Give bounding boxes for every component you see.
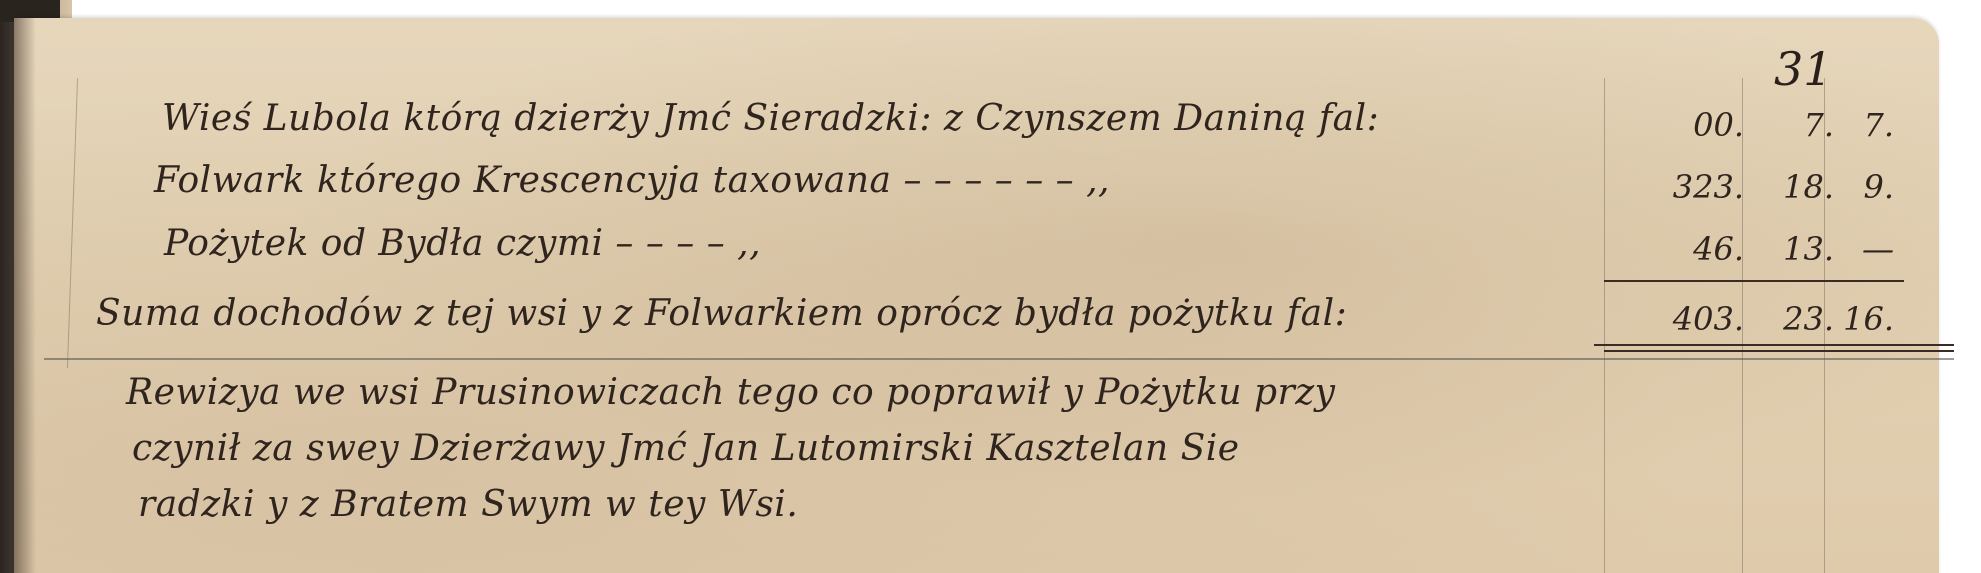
total-double-rule-1: [1594, 344, 1954, 346]
subtotal-rule: [1604, 280, 1904, 282]
narrative-line-1: Rewizya we wsi Prusinowiczach tego co po…: [126, 372, 1336, 413]
entry-line-2: Folwark którego Krescencyja taxowana – –…: [154, 160, 1110, 201]
total-amount-c: 16.: [1834, 300, 1894, 338]
page-gutter-shadow: [14, 18, 36, 573]
narrative-line-3: radzki y z Bratem Swym w tey Wsi.: [138, 484, 798, 525]
total-amount-b: 23.: [1764, 300, 1834, 338]
total-double-rule-2: [1604, 350, 1954, 352]
total-line: Suma dochodów z tej wsi y z Folwarkiem o…: [96, 293, 1347, 334]
entry-line-3: Pożytek od Bydła czymi – – – – ,,: [164, 223, 761, 264]
pencil-section-divider: [44, 358, 1954, 360]
entry-line-1: Wieś Lubola którą dzierży Jmć Sieradzki:…: [162, 98, 1379, 139]
folio-number: 31: [1774, 42, 1833, 96]
entry-3-amount-c: —: [1834, 230, 1894, 268]
entry-1-amount-a: 00.: [1634, 106, 1744, 144]
manuscript-page: 31 Wieś Lubola którą dzierży Jmć Sieradz…: [14, 18, 1939, 573]
pencil-column-rule-1: [1604, 78, 1605, 573]
entry-1-amount-b: 7.: [1764, 106, 1834, 144]
entry-3-amount-a: 46.: [1634, 230, 1744, 268]
pencil-margin-rule: [67, 78, 78, 368]
entry-2-amount-c: 9.: [1834, 168, 1894, 206]
entry-3-amount-b: 13.: [1764, 230, 1834, 268]
total-amount-a: 403.: [1634, 300, 1744, 338]
entry-2-amount-a: 323.: [1634, 168, 1744, 206]
entry-1-amount-c: 7.: [1834, 106, 1894, 144]
narrative-line-2: czynił za swey Dzierżawy Jmć Jan Lutomir…: [132, 428, 1240, 469]
entry-2-amount-b: 18.: [1764, 168, 1834, 206]
